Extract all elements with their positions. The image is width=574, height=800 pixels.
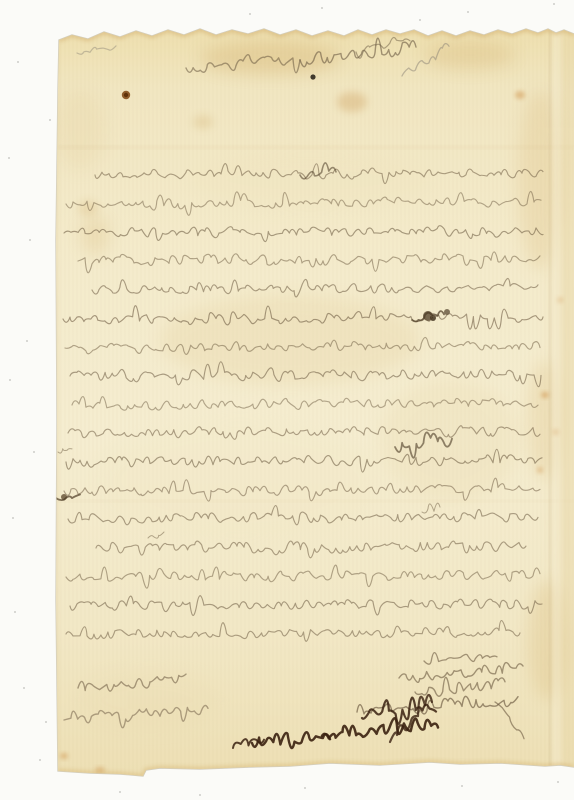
stain (190, 150, 430, 210)
letter-scan-image (0, 0, 574, 800)
ink-blot (310, 74, 315, 79)
dust-speck (553, 3, 555, 5)
ink-blot (124, 93, 128, 97)
dust-speck (461, 785, 463, 787)
dust-speck (321, 7, 323, 9)
dust-speck (12, 517, 14, 519)
dust-speck (45, 721, 47, 723)
dust-speck (419, 19, 421, 21)
vertical-crease (550, 31, 574, 768)
stain (100, 420, 380, 540)
dust-speck (557, 781, 559, 783)
dust-speck (26, 340, 28, 342)
stain (337, 92, 367, 112)
dust-speck (49, 119, 51, 121)
stain (200, 42, 340, 74)
dust-speck (119, 791, 121, 793)
stain (55, 90, 105, 170)
stain (81, 215, 109, 255)
stain (425, 41, 515, 69)
dust-speck (304, 787, 306, 789)
stain (193, 115, 213, 129)
dust-speck (199, 794, 201, 796)
dust-speck (9, 379, 11, 381)
dust-speck (249, 13, 251, 15)
stain (80, 670, 220, 730)
stain (380, 380, 520, 500)
dust-speck (33, 451, 35, 453)
scan-canvas (0, 0, 574, 800)
stain (60, 753, 68, 759)
dust-speck (23, 687, 25, 689)
stain (541, 392, 549, 398)
stain (537, 467, 543, 473)
dust-speck (39, 759, 41, 761)
dust-speck (14, 611, 16, 613)
dust-speck (467, 11, 469, 13)
dust-speck (29, 239, 31, 241)
dust-speck (17, 61, 19, 63)
stain (515, 91, 525, 99)
dust-speck (8, 157, 10, 159)
